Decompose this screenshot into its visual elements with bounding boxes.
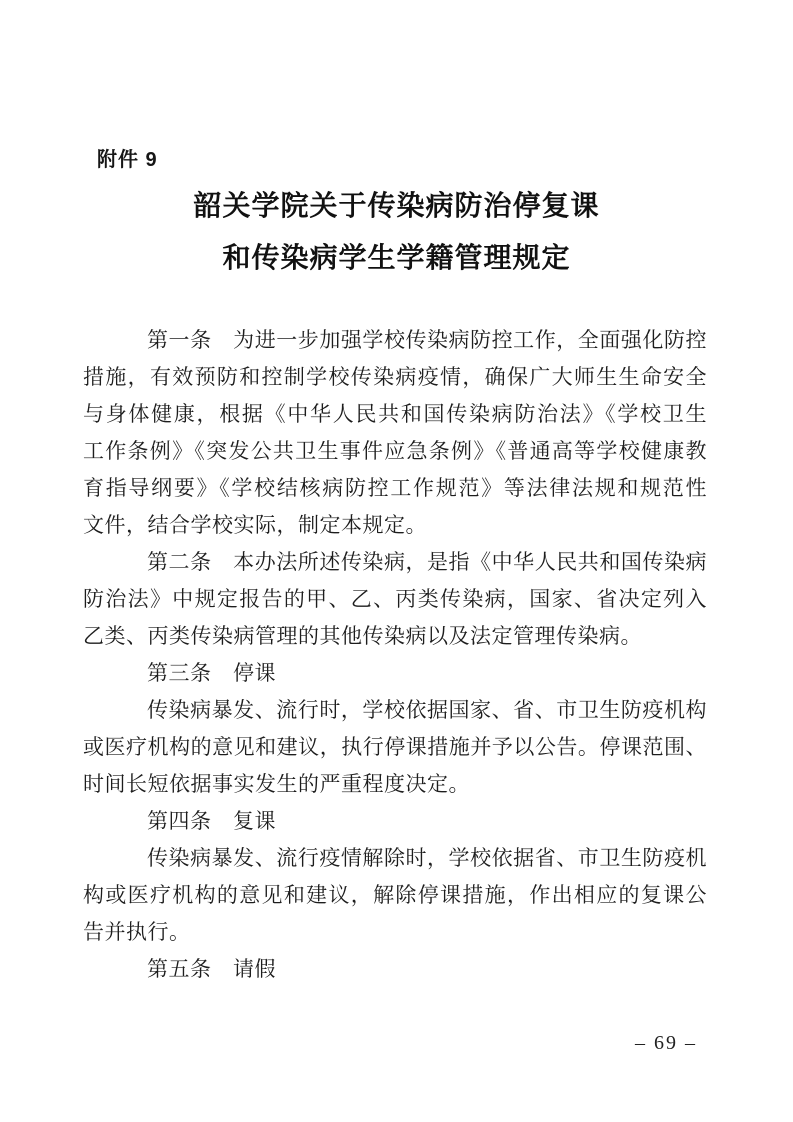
document-page: 附件 9 韶关学院关于传染病防治停复课 和传染病学生学籍管理规定 第一条 为进一… (0, 0, 793, 1122)
body-line: 工作条例》《突发公共卫生事件应急条例》《普通高等学校健康教 (83, 433, 707, 470)
page-number: – 69 – (635, 1032, 697, 1055)
title-line-1: 韶关学院关于传染病防治停复课 (0, 181, 793, 233)
body-line: 第五条 请假 (83, 951, 707, 988)
document-title: 韶关学院关于传染病防治停复课 和传染病学生学籍管理规定 (0, 181, 793, 285)
body-line: 构或医疗机构的意见和建议，解除停课措施，作出相应的复课公 (83, 877, 707, 914)
attachment-label: 附件 9 (97, 143, 158, 172)
body-line: 或医疗机构的意见和建议，执行停课措施并予以公告。停课范围、 (83, 729, 707, 766)
body-line: 告并执行。 (83, 914, 707, 951)
document-body: 第一条 为进一步加强学校传染病防控工作，全面强化防控措施，有效预防和控制学校传染… (83, 322, 707, 988)
body-line: 第四条 复课 (83, 803, 707, 840)
body-line: 第一条 为进一步加强学校传染病防控工作，全面强化防控 (83, 322, 707, 359)
body-line: 传染病暴发、流行疫情解除时，学校依据省、市卫生防疫机 (83, 840, 707, 877)
body-line: 措施，有效预防和控制学校传染病疫情，确保广大师生生命安全 (83, 359, 707, 396)
body-line: 育指导纲要》《学校结核病防控工作规范》等法律法规和规范性 (83, 470, 707, 507)
body-line: 第三条 停课 (83, 655, 707, 692)
body-line: 传染病暴发、流行时，学校依据国家、省、市卫生防疫机构 (83, 692, 707, 729)
body-line: 与身体健康，根据《中华人民共和国传染病防治法》《学校卫生 (83, 396, 707, 433)
title-line-2: 和传染病学生学籍管理规定 (0, 233, 793, 285)
body-line: 乙类、丙类传染病管理的其他传染病以及法定管理传染病。 (83, 618, 707, 655)
body-line: 时间长短依据事实发生的严重程度决定。 (83, 766, 707, 803)
body-line: 防治法》中规定报告的甲、乙、丙类传染病，国家、省决定列入 (83, 581, 707, 618)
body-line: 第二条 本办法所述传染病，是指《中华人民共和国传染病 (83, 544, 707, 581)
body-line: 文件，结合学校实际，制定本规定。 (83, 507, 707, 544)
